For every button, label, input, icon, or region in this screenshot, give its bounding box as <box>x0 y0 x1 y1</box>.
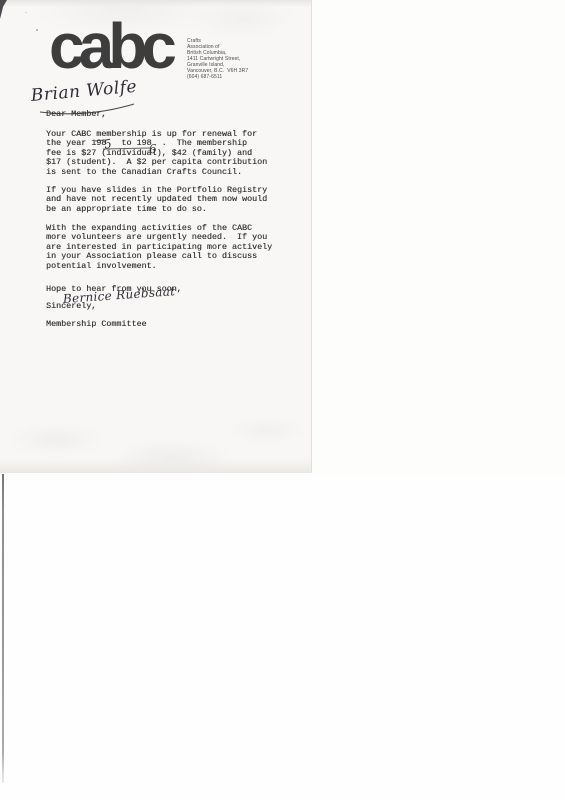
salutation: Dear Member, <box>46 110 106 119</box>
scan-speck <box>36 29 38 31</box>
letterhead-address: Crafts Association of British Columbia, … <box>187 38 248 80</box>
second-page-edge-line <box>2 474 4 783</box>
scan-background-lower <box>0 474 565 800</box>
cabc-logo: cabc <box>49 15 171 77</box>
scan-corner-artifact <box>0 0 7 19</box>
paragraph-volunteers: With the expanding activities of the CAB… <box>46 224 272 271</box>
scanned-letter-canvas: cabc Crafts Association of British Colum… <box>0 0 565 800</box>
paragraph-portfolio: If you have slides in the Portfolio Regi… <box>46 186 267 214</box>
address-line: (604) 687-6511 <box>187 74 248 80</box>
handwritten-year-digit-6: 6 <box>148 142 157 157</box>
scan-speck <box>25 12 27 13</box>
letter-page: cabc Crafts Association of British Colum… <box>0 0 312 473</box>
signature-block: Membership Committee <box>46 320 147 329</box>
